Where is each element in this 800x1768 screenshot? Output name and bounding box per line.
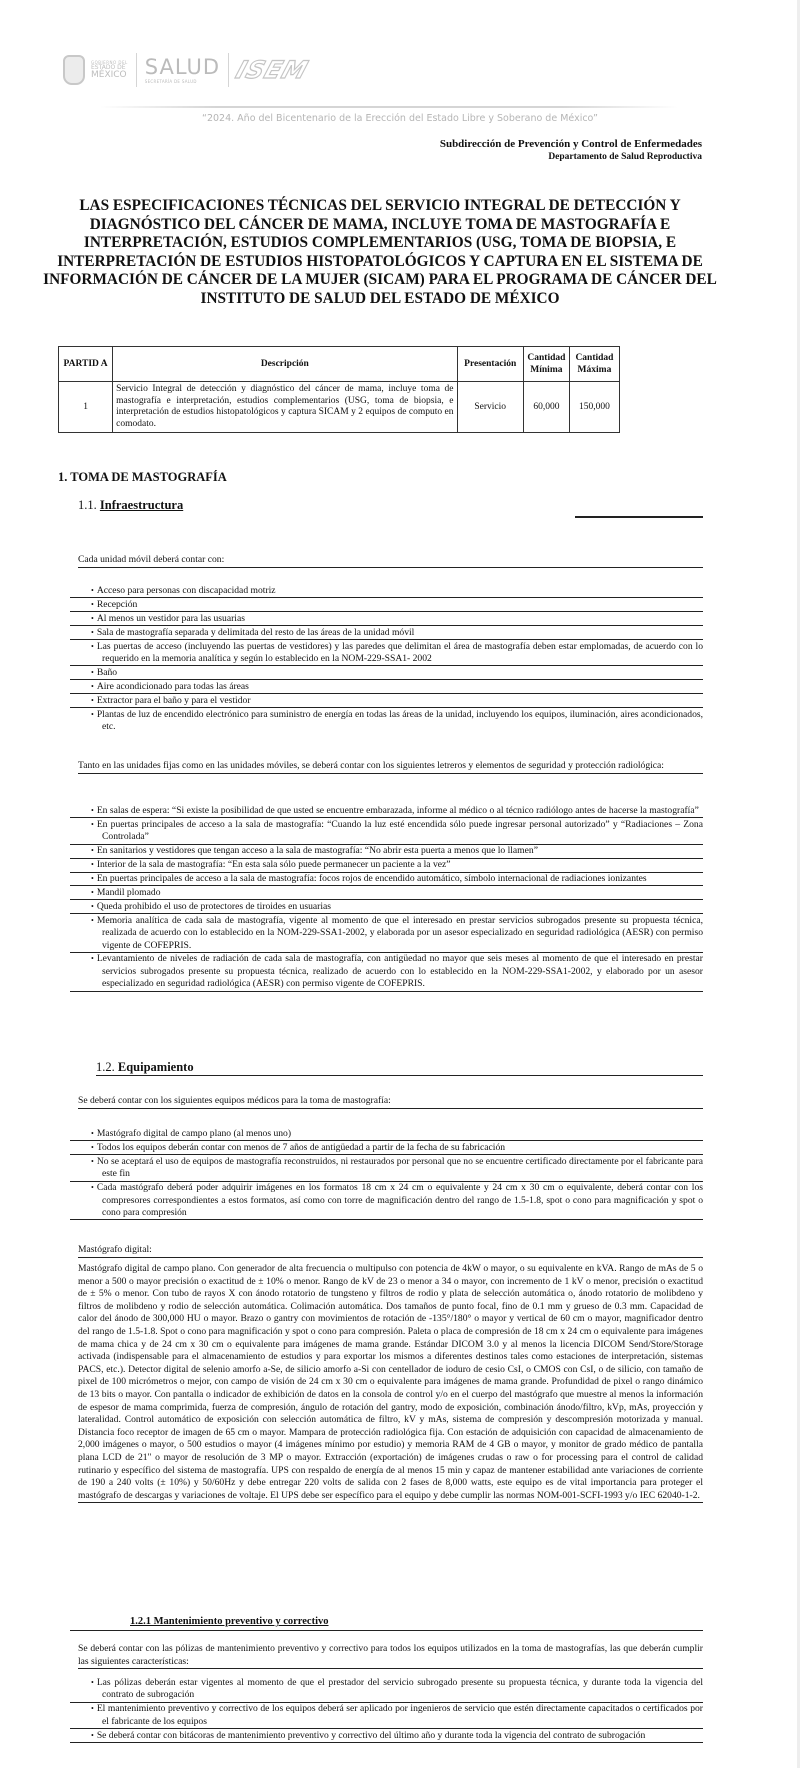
col-partida: PARTID A [59,347,113,382]
list-item: Las pólizas deberán estar vigentes al mo… [70,1677,703,1703]
table-header-row: PARTID A Descripción Presentación Cantid… [59,347,620,382]
subsection-heading-1-1: 1.1. Infraestructura [78,498,183,513]
list-item: Se deberá contar con bitácoras de manten… [70,1730,703,1743]
estado-de-mexico-logo: GOBIERNO DEL ESTADO DE MÉXICO [91,61,128,80]
list-item: Queda prohibido el uso de protectores de… [70,901,703,914]
list-item: Mastógrafo digital de campo plano (al me… [70,1128,703,1141]
equip-list: Mastógrafo digital de campo plano (al me… [70,1128,703,1221]
list-item: El mantenimiento preventivo y correctivo… [70,1703,703,1729]
year-motto: “2024. Año del Bicentenario de la Erecci… [0,113,800,124]
salud-logo: SALUD SECRETARÍA DE SALUD [145,57,220,84]
list-item: Las puertas de acceso (incluyendo las pu… [70,641,703,667]
section-heading: 1. TOMA DE MASTOGRAFÍA [58,470,227,485]
list-item: Todos los equipos deberán contar con men… [70,1142,703,1155]
list-item: Baño [70,667,703,680]
list-item: No se aceptará el uso de equipos de mast… [70,1156,703,1182]
list-item: En salas de espera: “Si existe la posibi… [70,805,703,818]
digital-label: Mastógrafo digital: [78,1244,703,1258]
subsection-heading-1-2: 1.2. Equipamiento [96,1060,703,1076]
list-item: Recepción [70,599,703,612]
isem-logo: ISEM [232,56,312,84]
list-item: Al menos un vestidor para las usuarias [70,613,703,626]
col-descripcion: Descripción [113,347,457,382]
list-item: Aire acondicionado para todas las áreas [70,681,703,694]
col-cantidad-maxima: Cantidad Máxima [569,347,619,382]
subsection-heading-1-2-1: 1.2.1 Mantenimiento preventivo y correct… [130,1616,329,1627]
list-item: Memoria analítica de cada sala de mastog… [70,915,703,953]
list-item: Acceso para personas con discapacidad mo… [70,585,703,598]
safety-intro: Tanto en las unidades fijas como en las … [78,760,703,774]
logo-divider [136,53,137,87]
header-logos: GOBIERNO DEL ESTADO DE MÉXICO SALUD SECR… [63,52,308,88]
state-shield-icon [63,55,85,85]
digital-spec: Mastógrafo digital de campo plano. Con g… [78,1263,703,1503]
list-item: Mandil plomado [70,887,703,900]
rule [575,516,703,518]
document-title: LAS ESPECIFICACIONES TÉCNICAS DEL SERVIC… [40,197,720,309]
list-item: En sanitarios y vestidores que tengan ac… [70,845,703,858]
maint-list: Las pólizas deberán estar vigentes al mo… [70,1677,703,1744]
infra-list: Acceso para personas con discapacidad mo… [70,585,703,734]
equip-intro: Se deberá contar con los siguientes equi… [78,1095,703,1109]
table-row: 1 Servicio Integral de detección y diagn… [59,382,620,433]
header-divider [100,106,678,108]
list-item: Sala de mastografía separada y delimitad… [70,627,703,640]
list-item: Levantamiento de niveles de radiación de… [70,953,703,991]
maint-intro: Se deberá contar con las pólizas de mant… [78,1643,703,1669]
infra-intro: Cada unidad móvil deberá contar con: [78,554,703,568]
rule [70,1630,703,1631]
logo-divider [228,53,229,87]
list-item: En puertas principales de acceso a la sa… [70,873,703,886]
safety-list: En salas de espera: “Si existe la posibi… [70,805,703,992]
list-item: Cada mastógrafo deberá poder adquirir im… [70,1182,703,1220]
col-cantidad-minima: Cantidad Mínima [523,347,569,382]
list-item: En puertas principales de acceso a la sa… [70,819,703,845]
department-header: Subdirección de Prevención y Control de … [440,138,702,164]
partida-table: PARTID A Descripción Presentación Cantid… [58,346,620,433]
list-item: Interior de la sala de mastografía: “En … [70,859,703,872]
col-presentacion: Presentación [457,347,523,382]
list-item: Extractor para el baño y para el vestido… [70,695,703,708]
list-item: Plantas de luz de encendido electrónico … [70,709,703,734]
